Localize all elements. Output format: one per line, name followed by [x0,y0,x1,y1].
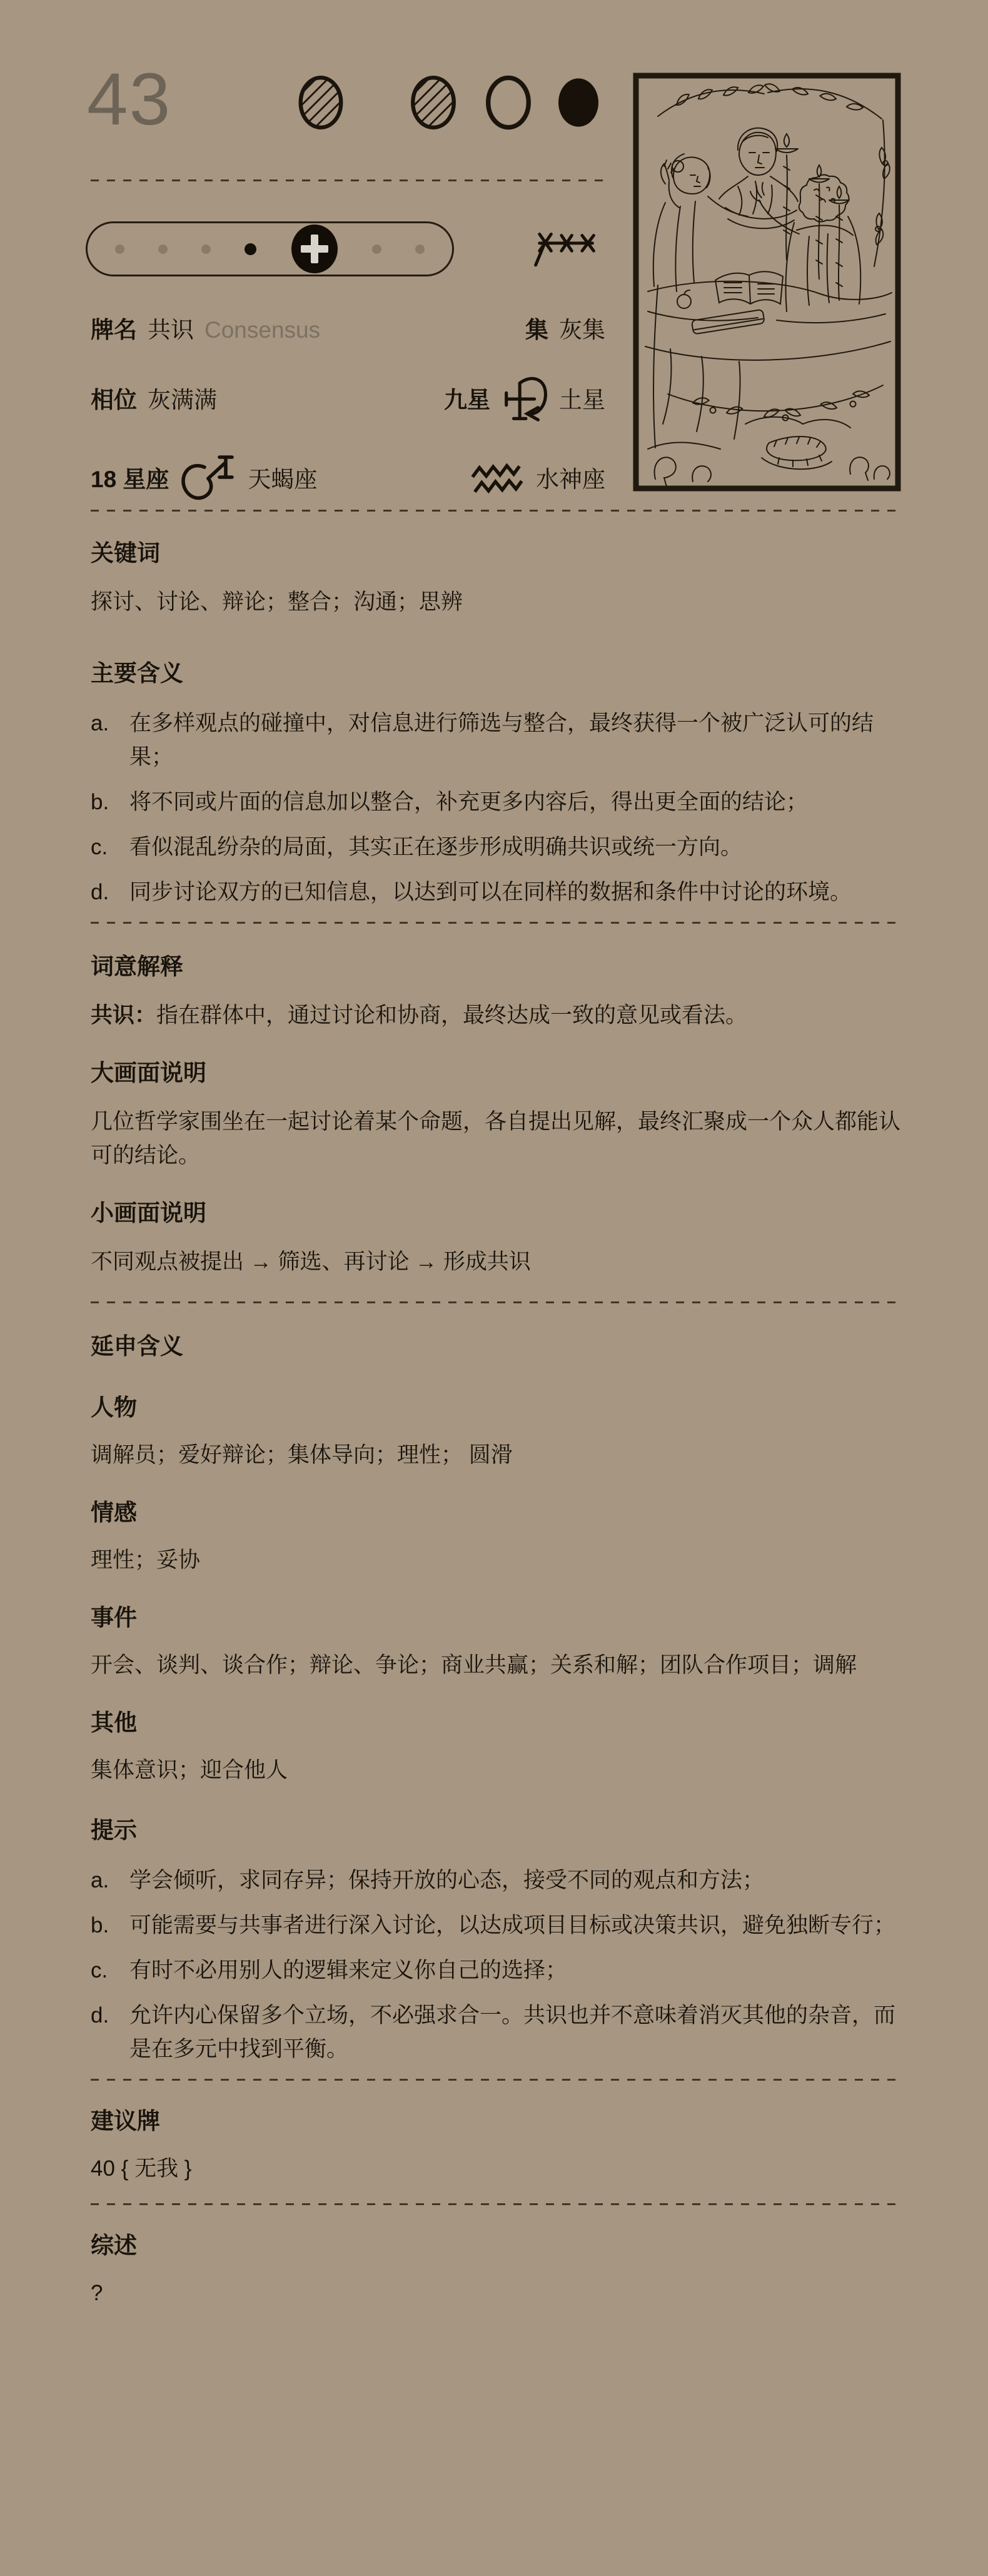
small-picture-text: 不同观点被提出 → 筛选、再讨论 → 形成共识 [91,1245,901,1279]
ellipse-outline-icon [482,75,535,130]
set-value: 灰集 [559,313,605,347]
list-marker: b. [91,1909,129,1942]
list-text: 有时不必用别人的逻辑来定义你自己的选择； [129,1954,901,1988]
summary-text: ? [91,2276,901,2310]
list-marker: c. [91,831,129,864]
list-text: 在多样观点的碰撞中，对信息进行筛选与整合，最终获得一个被广泛认可的结果； [129,707,901,774]
list-marker: d. [91,1999,129,2066]
list-item: a. 在多样观点的碰撞中，对信息进行筛选与整合，最终获得一个被广泛认可的结果； [91,707,901,774]
ellipse-solid-icon [553,75,603,130]
ellipse-hatched-icon [407,75,460,130]
other-title: 其他 [91,1707,901,1739]
events-title: 事件 [91,1602,901,1634]
meta-row-zodiac: 18 星座 天蝎座 [91,452,605,506]
zodiac18-label: 18 星座 [91,462,169,497]
definition-title: 词意解释 [91,951,901,982]
list-item: b. 将不同或片面的信息加以整合，补充更多内容后，得出更全面的结论； [91,785,901,819]
summary-title: 综述 [91,2230,901,2261]
list-item: a. 学会倾听，求同存异；保持开放的心态，接受不同的观点和方法； [91,1864,901,1897]
ellipse-hatched-icon [295,75,347,130]
card-meta: 牌名 共识 Consensus 集 灰集 相位 灰满满 九星 [91,313,605,532]
list-text: 看似混乱纷杂的局面，其实正在逐步形成明确共识或统一方向。 [129,831,901,864]
list-text: 将不同或片面的信息加以整合，补充更多内容后，得出更全面的结论； [129,785,901,819]
stepper-dot[interactable] [201,245,211,254]
list-item: d. 同步讨论双方的已知信息，以达到可以在同样的数据和条件中讨论的环境。 [91,876,901,909]
keywords-title: 关键词 [91,538,901,569]
header-block: 43 [0,0,988,510]
saturn-icon [501,373,548,426]
set-label: 集 [525,313,548,347]
list-item: c. 有时不必用别人的逻辑来定义你自己的选择； [91,1954,901,1988]
phase-value: 灰满满 [148,383,217,417]
ninestar-label: 九星 [444,383,490,417]
plus-icon [291,224,338,274]
level-stepper[interactable] [86,221,454,276]
list-marker: c. [91,1954,129,1988]
name-value: 共识 [148,313,194,347]
main-meanings-list: a. 在多样观点的碰撞中，对信息进行筛选与整合，最终获得一个被广泛认可的结果； … [91,707,901,909]
keywords-text: 探讨、讨论、辩论；整合；沟通；思辨 [91,585,901,619]
people-title: 人物 [91,1392,901,1423]
tips-list: a. 学会倾听，求同存异；保持开放的心态，接受不同的观点和方法； b. 可能需要… [91,1864,901,2066]
scorpio-icon [179,452,237,506]
name-label: 牌名 [91,313,137,347]
list-text: 允许内心保留多个立场，不必强求合一。共识也并不意味着消灭其他的杂音，而是在多元中… [129,1999,901,2066]
big-picture-text: 几位哲学家围坐在一起讨论着某个命题，各自提出见解，最终汇聚成一个众人都能认可的结… [91,1105,901,1173]
dashed-divider [91,2079,901,2081]
dashed-divider [91,922,901,924]
plus-button[interactable] [291,224,338,274]
tips-title: 提示 [91,1815,901,1846]
list-marker: b. [91,785,129,819]
extended-title: 延申含义 [91,1331,901,1362]
stepper-dot[interactable] [115,245,124,254]
watergod-value: 水神座 [536,462,605,497]
small-picture-title: 小画面说明 [91,1198,901,1229]
content: 关键词 探讨、讨论、辩论；整合；沟通；思辨 主要含义 a. 在多样观点的碰撞中，… [0,510,988,2310]
people-text: 调解员；爱好辩论；集体导向；理性； 圆滑 [91,1438,901,1472]
name-value-en: Consensus [204,313,320,347]
waves-icon [469,461,525,497]
list-marker: d. [91,876,129,909]
list-marker: a. [91,707,129,774]
card-detail-page: 43 [0,0,988,2310]
suggested-card-text: 40 { 无我 } [91,2152,901,2186]
stepper-dot-active[interactable] [244,243,256,255]
list-text: 学会倾听，求同存异；保持开放的心态，接受不同的观点和方法； [129,1864,901,1897]
dashed-divider [91,2203,901,2205]
stepper-dot[interactable] [415,245,425,254]
phase-icons-row [295,75,603,130]
meta-row-phase: 相位 灰满满 九星 土星 [91,373,605,426]
emotion-text: 理性；妥协 [91,1543,901,1577]
phase-label: 相位 [91,383,137,417]
emotion-title: 情感 [91,1497,901,1528]
list-marker: a. [91,1864,129,1897]
definition-text: 共识：指在群体中，通过讨论和协商，最终达成一致的意见或看法。 [91,999,901,1033]
list-item: c. 看似混乱纷杂的局面，其实正在逐步形成明确共识或统一方向。 [91,831,901,864]
card-illustration [633,73,901,492]
stepper-dot[interactable] [372,245,381,254]
list-text: 同步讨论双方的已知信息，以达到可以在同样的数据和条件中讨论的环境。 [129,876,901,909]
suggested-card-title: 建议牌 [91,2106,901,2137]
events-text: 开会、谈判、谈合作；辩论、争论；商业共赢；关系和解；团队合作项目；调解 [91,1649,901,1682]
dashed-divider [91,179,608,181]
list-item: d. 允许内心保留多个立场，不必强求合一。共识也并不意味着消灭其他的杂音，而是在… [91,1999,901,2066]
list-item: b. 可能需要与共事者进行深入讨论，以达成项目目标或决策共识，避免独断专行； [91,1909,901,1942]
definition-body: 指在群体中，通过讨论和协商，最终达成一致的意见或看法。 [156,1003,747,1028]
meta-row-name: 牌名 共识 Consensus 集 灰集 [91,313,605,347]
main-meanings-title: 主要含义 [91,658,901,689]
card-number: 43 [87,61,171,139]
dashed-divider [91,1301,901,1303]
zodiac18-value: 天蝎座 [248,462,317,497]
list-text: 可能需要与共事者进行深入讨论，以达成项目目标或决策共识，避免独断专行； [129,1909,901,1942]
barbed-arrow-icon [532,226,597,271]
big-picture-title: 大画面说明 [91,1058,901,1089]
definition-term: 共识： [91,1003,156,1028]
other-text: 集体意识；迎合他人 [91,1754,901,1787]
ninestar-value: 土星 [559,383,605,417]
stepper-dot[interactable] [158,245,168,254]
